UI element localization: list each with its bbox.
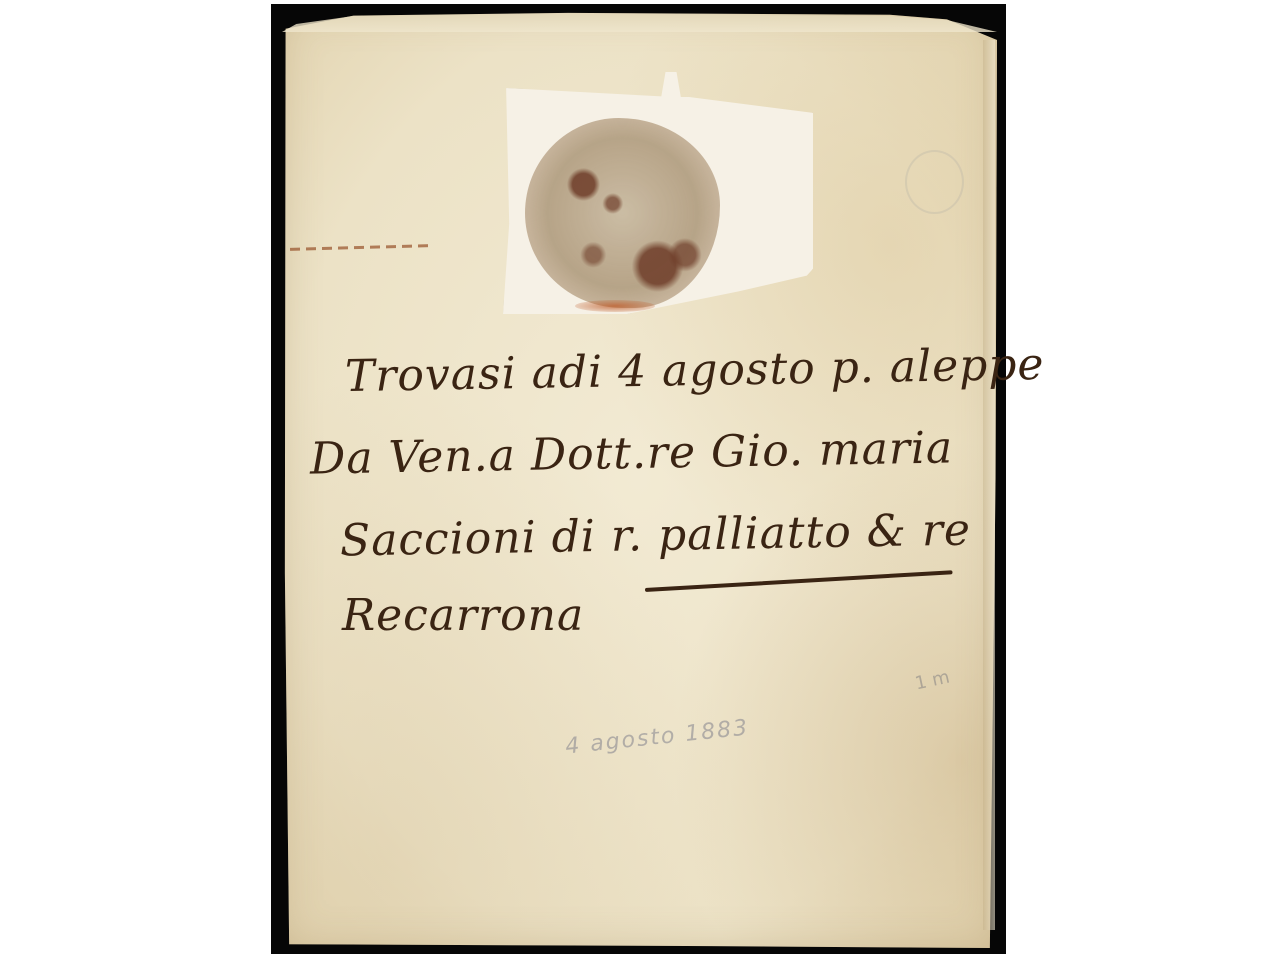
address-line-4: Recarrona: [342, 590, 584, 641]
right-fold: [983, 40, 995, 930]
ghost-postmark-icon: [905, 150, 964, 214]
red-wax-trace: [575, 300, 655, 312]
wax-seal-icon: [525, 118, 720, 308]
